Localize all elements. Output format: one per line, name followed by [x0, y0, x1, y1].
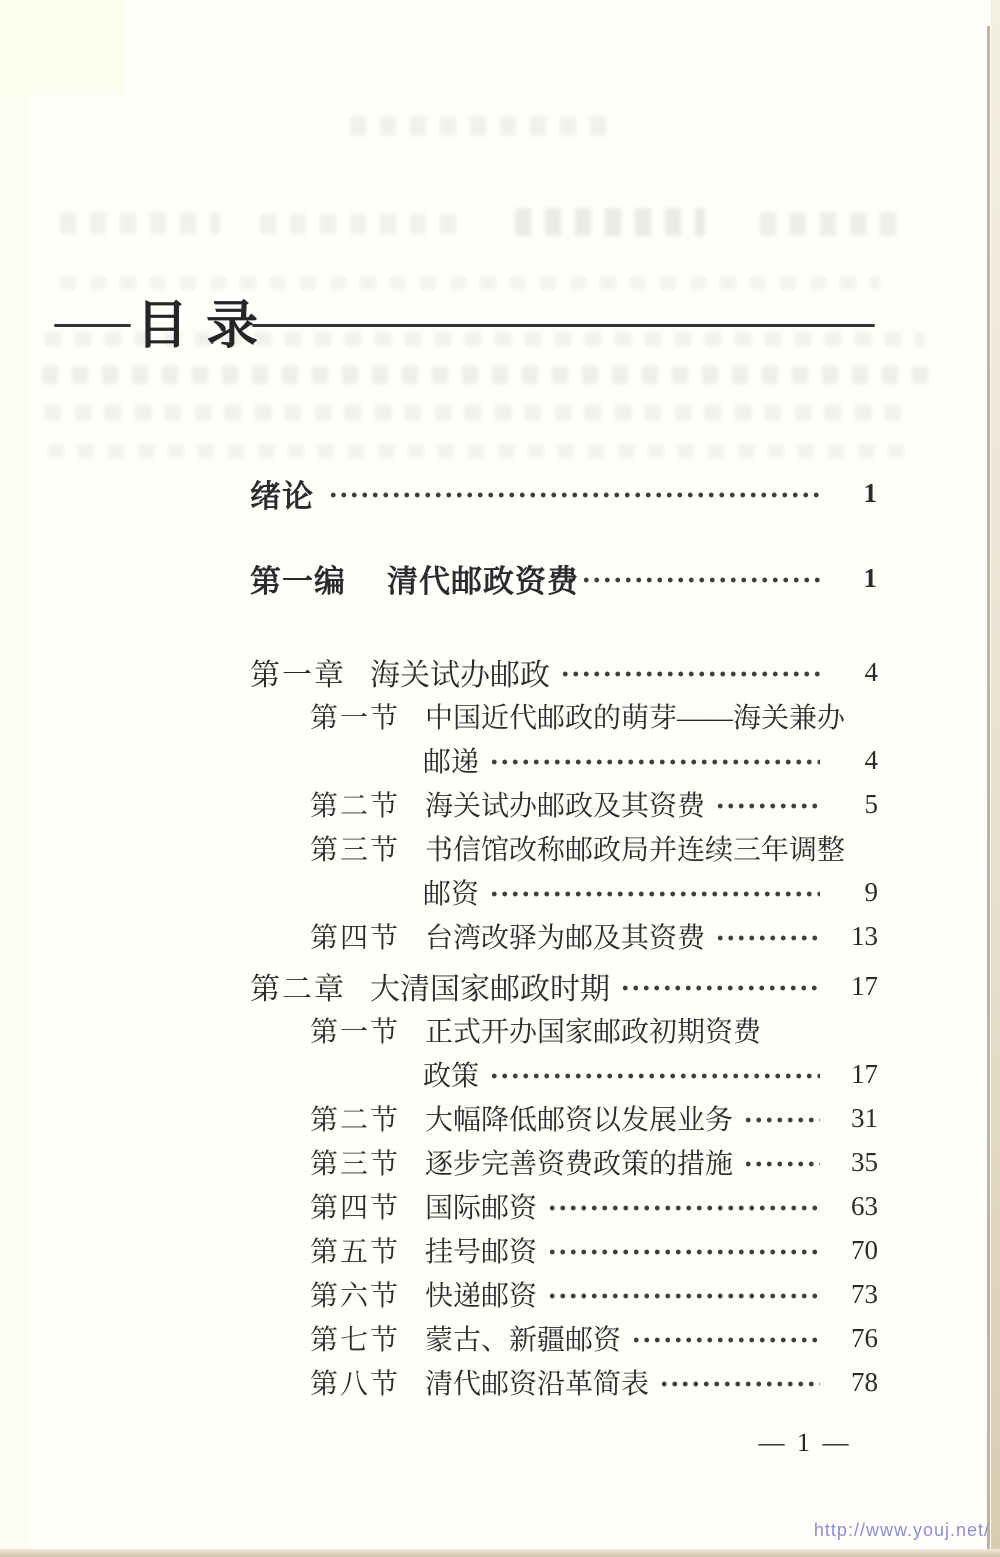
toc-entry-label: 第三节 — [310, 1142, 425, 1182]
dot-leader — [631, 1326, 820, 1354]
toc-entry-title: 快递邮资 — [425, 1274, 537, 1314]
toc-entry-label: 第二节 — [310, 1098, 425, 1138]
toc-entry-page: 17 — [832, 1059, 878, 1090]
toc-entry-page: 4 — [832, 745, 878, 776]
toc-entry-label: 第四节 — [310, 1186, 425, 1226]
scanned-book-page: 目 录 绪论 1 第一编 清代邮政资费 1 第一章 海关试办邮政 4 第一节 中… — [0, 0, 1000, 1557]
toc-entry-title: 书信馆改称邮政局并连续三年调整 — [425, 828, 845, 868]
toc-entry-page: 73 — [832, 1279, 878, 1310]
toc-title-char-2: 录 — [206, 298, 258, 354]
dot-leader — [743, 1106, 820, 1134]
toc-entry-page: 31 — [832, 1103, 878, 1134]
toc-entry-label: 第四节 — [310, 916, 425, 956]
toc-entry-row: 第三节 逐步完善资费政策的措施 35 — [250, 1140, 878, 1184]
toc-entry-title: 蒙古、新疆邮资 — [425, 1318, 621, 1358]
toc-entry-page: 1 — [832, 478, 878, 509]
dot-leader — [489, 880, 820, 908]
watermark-url: http://www.youj.net/ — [814, 1520, 990, 1541]
toc-entry-label: 第一编 — [250, 556, 387, 601]
toc-title-char-1: 目 — [136, 298, 188, 354]
toc-entry-title: 邮递 — [423, 740, 479, 780]
toc-entry-title: 海关试办邮政 — [370, 650, 550, 694]
toc-entry-label: 第一章 — [250, 650, 370, 694]
toc-entry-row: 第一节 中国近代邮政的萌芽——海关兼办 — [250, 694, 878, 738]
toc-entry-label: 绪论 — [250, 471, 314, 516]
page-right-edge-line — [987, 26, 990, 1557]
dot-leader — [620, 974, 820, 1002]
toc-entry-label: 第五节 — [310, 1230, 425, 1270]
title-rule-left — [54, 324, 131, 327]
toc-entry-label: 第七节 — [310, 1318, 425, 1358]
dot-leader — [489, 1062, 820, 1090]
toc-entry-page: 4 — [832, 657, 878, 688]
dot-leader — [489, 748, 820, 776]
toc-entry-label: 第二节 — [310, 784, 425, 824]
toc-entry-row: 第一节 正式开办国家邮政初期资费 — [250, 1008, 878, 1052]
toc-entry-page: 63 — [832, 1191, 878, 1222]
toc-entry-row: 第一编 清代邮政资费 1 — [250, 556, 878, 600]
toc-entry-row: 第二节 大幅降低邮资以发展业务 31 — [250, 1096, 878, 1140]
dot-leader — [547, 1282, 820, 1310]
bleed-through-smudge — [48, 444, 908, 458]
toc-entry-title: 清代邮资沿革简表 — [425, 1362, 649, 1402]
dot-leader — [659, 1370, 820, 1398]
toc-header: 目 录 — [0, 0, 1000, 360]
toc-entry-label: 第六节 — [310, 1274, 425, 1314]
toc-entry-title: 中国近代邮政的萌芽——海关兼办 — [425, 696, 845, 736]
toc-entry-page: 70 — [832, 1235, 878, 1266]
toc-entry-page: 78 — [832, 1367, 878, 1398]
page-bottom-edge — [0, 1549, 1000, 1557]
dot-leader — [547, 1238, 820, 1266]
toc-entry-row: 第六节 快递邮资 73 — [250, 1272, 878, 1316]
toc-entry-label: 第一节 — [310, 696, 425, 736]
toc-entry-title: 大清国家邮政时期 — [370, 964, 610, 1008]
toc-entry-title: 正式开办国家邮政初期资费 — [425, 1010, 761, 1050]
bleed-through-smudge — [45, 405, 915, 421]
dot-leader — [560, 660, 820, 688]
toc-entry-row: 第八节 清代邮资沿革简表 78 — [250, 1360, 878, 1404]
toc-entry-row: 第一章 海关试办邮政 4 — [250, 650, 878, 694]
toc-entry-row: 第四节 国际邮资 63 — [250, 1184, 878, 1228]
toc-entry-row: 政策 17 — [250, 1052, 878, 1096]
toc-entry-title: 海关试办邮政及其资费 — [425, 784, 705, 824]
toc-entry-page: 35 — [832, 1147, 878, 1178]
dot-leader — [715, 924, 820, 952]
toc-entry-row: 第五节 挂号邮资 70 — [250, 1228, 878, 1272]
toc-entry-title: 清代邮政资费 — [387, 556, 579, 601]
toc-entry-page: 5 — [832, 789, 878, 820]
toc-entry-label: 第三节 — [310, 828, 425, 868]
dot-leader — [743, 1150, 820, 1178]
toc-entry-label: 第二章 — [250, 964, 370, 1008]
toc-entry-title: 挂号邮资 — [425, 1230, 537, 1270]
toc-entry-page: 17 — [832, 971, 878, 1002]
toc-entry-row: 第三节 书信馆改称邮政局并连续三年调整 — [250, 826, 878, 870]
toc-entry-row: 第四节 台湾改驿为邮及其资费 13 — [250, 914, 878, 958]
toc-entry-row: 邮递 4 — [250, 738, 878, 782]
dot-leader — [715, 792, 820, 820]
toc-entry-label: 第八节 — [310, 1362, 425, 1402]
toc-entry-title: 台湾改驿为邮及其资费 — [425, 916, 705, 956]
dot-leader — [547, 1194, 820, 1222]
toc-entry-page: 76 — [832, 1323, 878, 1354]
toc-entry-page: 1 — [832, 563, 878, 594]
bleed-through-smudge — [42, 366, 932, 384]
toc-entry-row: 邮资 9 — [250, 870, 878, 914]
toc-entry-title: 大幅降低邮资以发展业务 — [425, 1098, 733, 1138]
toc-entry-title: 逐步完善资费政策的措施 — [425, 1142, 733, 1182]
toc-entry-title: 邮资 — [423, 872, 479, 912]
toc-entry-label: 第一节 — [310, 1010, 425, 1050]
toc-entry-title: 国际邮资 — [425, 1186, 537, 1226]
toc-entry-row: 第七节 蒙古、新疆邮资 76 — [250, 1316, 878, 1360]
dot-leader — [328, 481, 820, 509]
folio-page-number: — 1 — — [735, 1428, 875, 1458]
page-right-edge — [991, 0, 1000, 1557]
toc-entry-page: 9 — [832, 877, 878, 908]
dot-leader — [581, 566, 820, 594]
toc-entry-page: 13 — [832, 921, 878, 952]
toc-entry-row: 第二节 海关试办邮政及其资费 5 — [250, 782, 878, 826]
toc-entry-title: 政策 — [423, 1054, 479, 1094]
toc-entry-row: 第二章 大清国家邮政时期 17 — [250, 964, 878, 1008]
toc-entry-row: 绪论 1 — [250, 471, 878, 515]
title-rule-right — [252, 324, 875, 327]
toc-list: 绪论 1 第一编 清代邮政资费 1 第一章 海关试办邮政 4 第一节 中国近代邮… — [250, 471, 878, 1404]
